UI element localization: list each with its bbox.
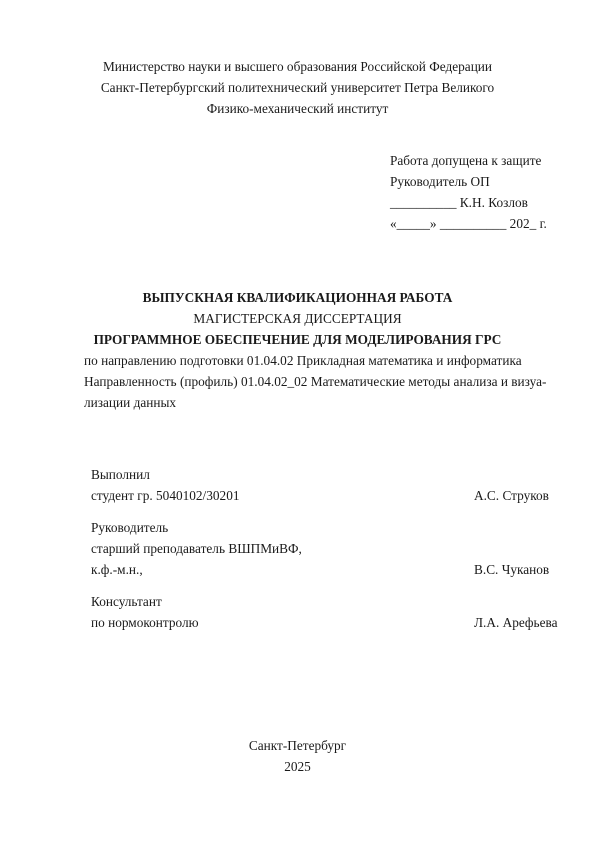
supervisor-name: В.С. Чуканов: [474, 562, 549, 578]
title-profile-2: лизации данных: [84, 395, 176, 411]
consultant-role: Консультант: [91, 594, 162, 610]
approval-line-3: __________ К.Н. Козлов: [390, 195, 528, 211]
approval-line-1: Работа допущена к защите: [390, 153, 541, 169]
supervisor-desc-2: к.ф.-м.н.,: [91, 562, 143, 578]
performer-desc: студент гр. 5040102/30201: [91, 488, 240, 504]
header-institute: Физико-механический институт: [0, 101, 595, 117]
performer-role: Выполнил: [91, 467, 150, 483]
supervisor-role: Руководитель: [91, 520, 168, 536]
consultant-name: Л.А. Арефьева: [474, 615, 558, 631]
approval-line-4: «_____» __________ 202_ г.: [390, 216, 547, 232]
performer-name: А.С. Струков: [474, 488, 549, 504]
approval-line-2: Руководитель ОП: [390, 174, 490, 190]
footer-year: 2025: [0, 759, 595, 775]
supervisor-desc-1: старший преподаватель ВШПМиВФ,: [91, 541, 302, 557]
header-ministry: Министерство науки и высшего образования…: [0, 59, 595, 75]
consultant-desc: по нормоконтролю: [91, 615, 199, 631]
title-type: ВЫПУСКНАЯ КВАЛИФИКАЦИОННАЯ РАБОТА: [0, 290, 595, 306]
title-topic: ПРОГРАММНОЕ ОБЕСПЕЧЕНИЕ ДЛЯ МОДЕЛИРОВАНИ…: [0, 332, 595, 348]
header-university: Санкт-Петербургский политехнический унив…: [0, 80, 595, 96]
title-profile-1: Направленность (профиль) 01.04.02_02 Мат…: [84, 374, 546, 390]
title-subtype: МАГИСТЕРСКАЯ ДИССЕРТАЦИЯ: [0, 311, 595, 327]
title-direction: по направлению подготовки 01.04.02 Прикл…: [84, 353, 522, 369]
footer-city: Санкт-Петербург: [0, 738, 595, 754]
